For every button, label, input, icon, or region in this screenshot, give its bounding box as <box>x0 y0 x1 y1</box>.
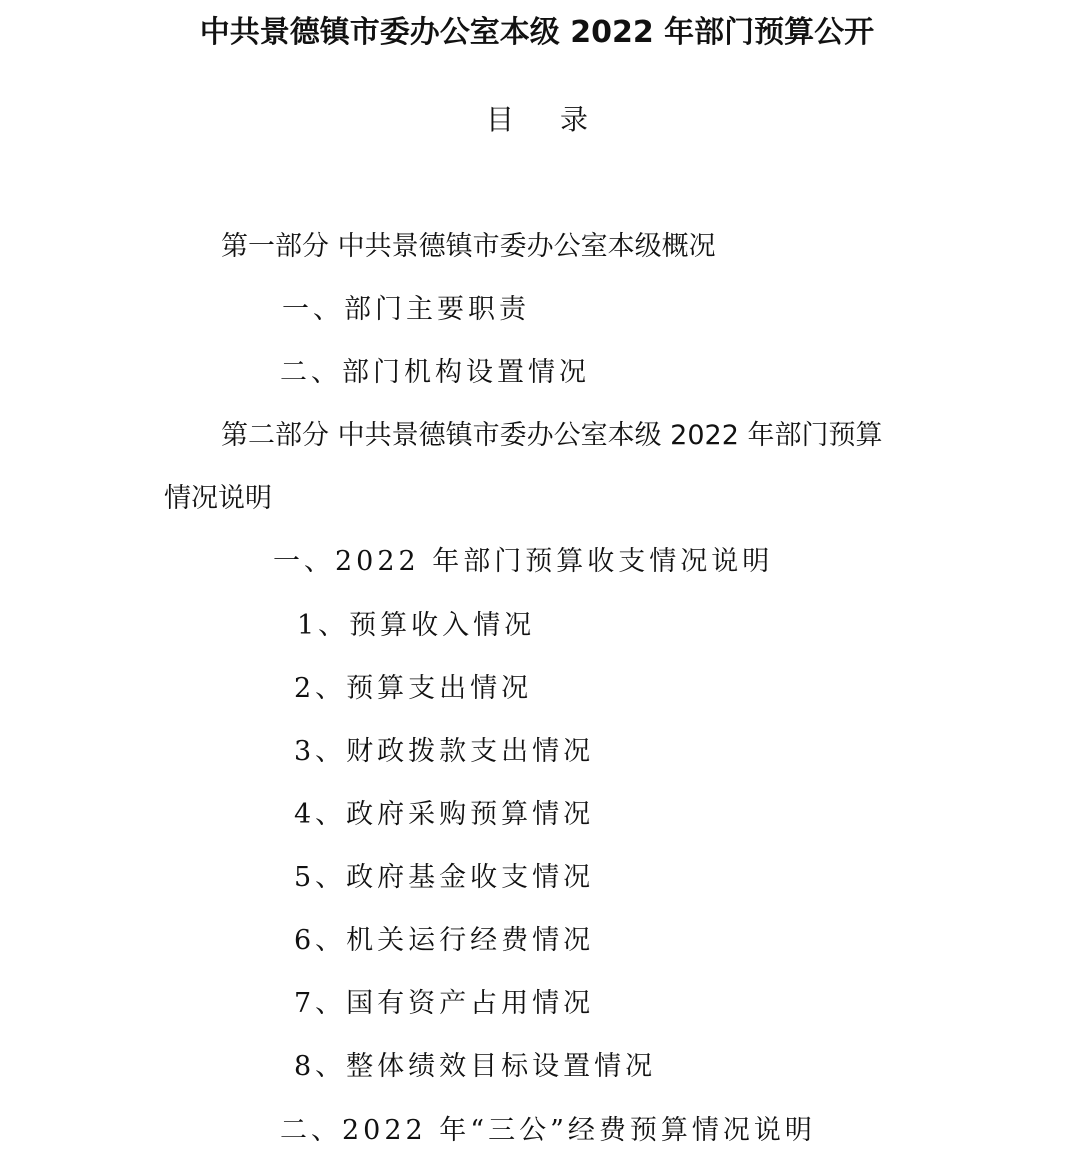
toc-heading-left: 目 <box>486 103 514 136</box>
toc-item-8[interactable]: 8、整体绩效目标设置情况 <box>294 1053 656 1080</box>
toc-item-department-structure[interactable]: 二、部门机构设置情况 <box>280 359 590 386</box>
toc-part-2[interactable]: 第二部分 中共景德镇市委办公室本级 2022 年部门预算 <box>221 422 882 449</box>
toc-heading: 目录 <box>0 106 1074 134</box>
toc-part-1[interactable]: 第一部分 中共景德镇市委办公室本级概况 <box>221 233 716 260</box>
toc-item-5[interactable]: 5、政府基金收支情况 <box>294 864 594 891</box>
toc-item-4[interactable]: 4、政府采购预算情况 <box>294 801 594 828</box>
toc-item-3[interactable]: 3、财政拨款支出情况 <box>294 738 594 765</box>
toc-section-three-public-expenses[interactable]: 二、2022 年“三公”经费预算情况说明 <box>280 1117 816 1144</box>
toc-item-2[interactable]: 2、预算支出情况 <box>294 675 532 702</box>
toc-item-1[interactable]: 1、预算收入情况 <box>297 612 535 639</box>
document-title: 中共景德镇市委办公室本级 2022 年部门预算公开 <box>0 18 1074 48</box>
toc-item-department-duties[interactable]: 一、部门主要职责 <box>282 296 530 323</box>
toc-part-2-continued[interactable]: 情况说明 <box>164 485 272 512</box>
toc-item-6[interactable]: 6、机关运行经费情况 <box>294 927 594 954</box>
toc-section-budget-income-expenditure[interactable]: 一、2022 年部门预算收支情况说明 <box>273 548 773 575</box>
toc-item-7[interactable]: 7、国有资产占用情况 <box>294 990 594 1017</box>
toc-heading-right: 录 <box>560 103 588 136</box>
